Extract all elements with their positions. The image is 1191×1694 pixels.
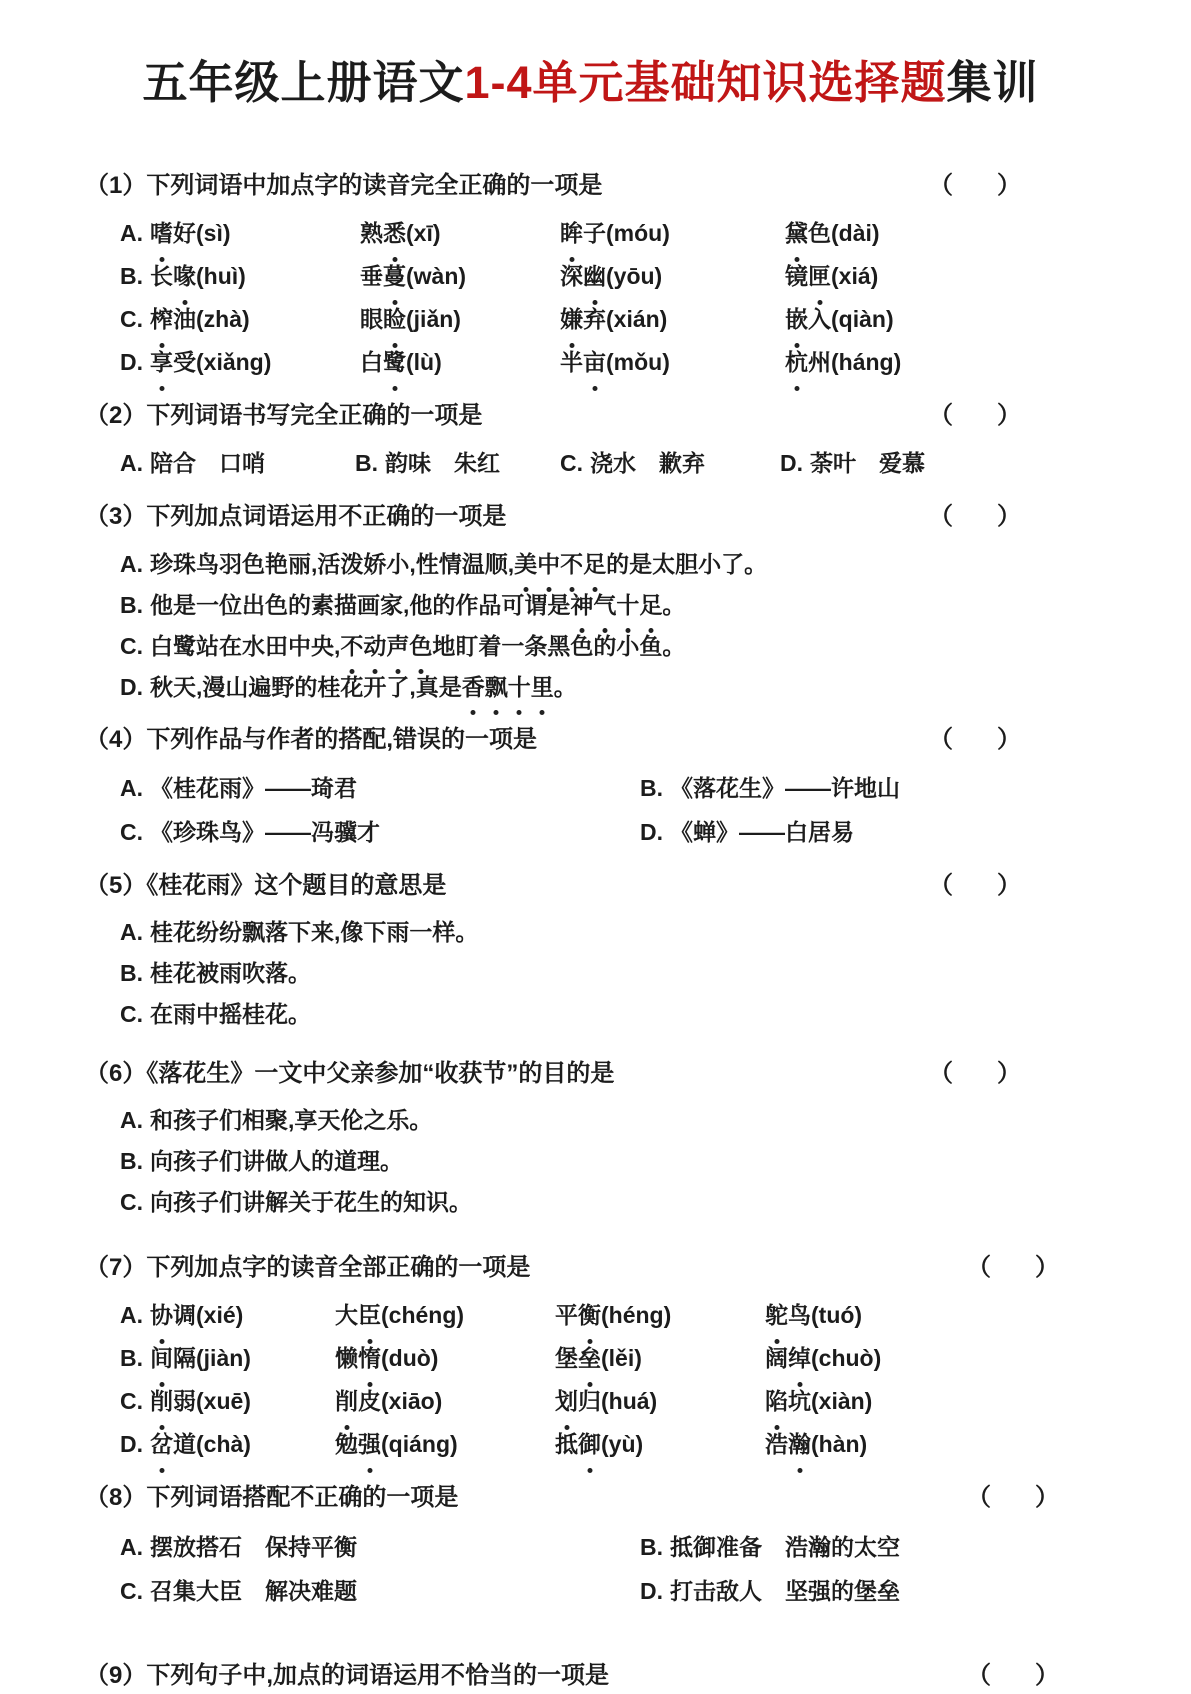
option-text: 摆放搭石 保持平衡 (150, 1534, 357, 1560)
option-label: A. (120, 551, 143, 577)
option-text: 《落花生》——许地山 (670, 775, 900, 801)
question-1-options: A.嗜好(sì) 熟悉(xī) 眸子(móu) 黛色(dài) B.长喙(huì… (120, 212, 1191, 384)
option-cell: 划归(huá) (555, 1380, 765, 1423)
question-5-options: A.桂花纷纷飘落下来,像下雨一样。 B.桂花被雨吹落。 C.在雨中摇桂花。 (120, 912, 1191, 1035)
worksheet-page: 五年级上册语文1-4单元基础知识选择题集训 （1）下列词语中加点字的读音完全正确… (0, 0, 1191, 1694)
question-number: （6） (85, 1060, 146, 1087)
question-number: （9） (85, 1662, 146, 1689)
answer-bracket: （ ） (929, 498, 1031, 535)
answer-bracket: （ ） (929, 397, 1031, 434)
option-label: B. (640, 1534, 663, 1560)
option-cell: 黛色(dài) (785, 212, 1191, 255)
option-row-a: A.协调(xié) 大臣(chéng) 平衡(héng) 鸵鸟(tuó) (120, 1294, 1191, 1337)
page-title: 五年级上册语文1-4单元基础知识选择题集训 (85, 56, 1096, 110)
option-text: 桂花纷纷飘落下来,像下雨一样。 (150, 919, 478, 945)
option-row-b: B.长喙(huì) 垂蔓(wàn) 深幽(yōu) 镜匣(xiá) (120, 255, 1191, 298)
question-text: 下列词语书写完全正确的一项是 (146, 402, 482, 429)
option-text: 向孩子们讲解关于花生的知识。 (150, 1189, 472, 1215)
question-8-stem: （8）下列词语搭配不正确的一项是（ ） (85, 1479, 1191, 1516)
option-cell: 协调(xié) (150, 1302, 243, 1328)
option-label: D. (640, 819, 663, 845)
option-row: A.《桂花雨》——琦君 B.《落花生》——许地山 C.《珍珠鸟》——冯骥才 D.… (120, 766, 1191, 854)
question-number: （7） (85, 1254, 146, 1281)
question-4-stem: （4）下列作品与作者的搭配,错误的一项是（ ） (85, 721, 1191, 758)
option-cell: 眸子(móu) (560, 212, 785, 255)
option-cell: 长喙(huì) (150, 263, 246, 289)
option-text: 向孩子们讲做人的道理。 (150, 1148, 403, 1174)
option-label: D. (120, 1431, 143, 1457)
option-row-a: A.嗜好(sì) 熟悉(xī) 眸子(móu) 黛色(dài) (120, 212, 1191, 255)
answer-bracket: （ ） (929, 867, 1031, 904)
option-cell: 陪合 口哨 (150, 450, 265, 476)
option-label: D. (640, 1578, 663, 1604)
question-6-stem: （6）《落花生》一文中父亲参加“收获节”的目的是（ ） (85, 1055, 1191, 1092)
answer-bracket: （ ） (967, 1249, 1069, 1286)
option-cell: 勉强(qiáng) (335, 1423, 555, 1466)
option-cell: 浩瀚(hàn) (765, 1423, 1191, 1466)
option-label: C. (120, 306, 143, 332)
question-2-options: A.陪合 口哨 B.韵味 朱红 C.浇水 歉弃 D.荼叶 爱慕 (120, 442, 1191, 485)
question-5: （5）《桂花雨》这个题目的意思是（ ） A.桂花纷纷飘落下来,像下雨一样。 B.… (85, 867, 1191, 1035)
answer-bracket: （ ） (929, 167, 1031, 204)
question-text: 下列加点词语运用不正确的一项是 (146, 503, 506, 530)
option-label: B. (355, 450, 378, 476)
question-9-stem: （9）下列句子中,加点的词语运用不恰当的一项是（ ） (85, 1657, 1191, 1694)
option-label: C. (120, 1388, 143, 1414)
question-7-stem: （7）下列加点字的读音全部正确的一项是（ ） (85, 1249, 1191, 1286)
question-text: 下列词语搭配不正确的一项是 (146, 1484, 458, 1511)
question-5-stem: （5）《桂花雨》这个题目的意思是（ ） (85, 867, 1191, 904)
question-text: 下列作品与作者的搭配,错误的一项是 (146, 726, 537, 753)
option-row-b: B.他是一位出色的素描画家,他的作品可谓是神气十足。 (120, 585, 1191, 626)
question-7: （7）下列加点字的读音全部正确的一项是（ ） A.协调(xié) 大臣(chén… (85, 1249, 1191, 1466)
question-number: （3） (85, 503, 146, 530)
option-text: 桂花被雨吹落。 (150, 960, 311, 986)
option-text: 抵御准备 浩瀚的太空 (670, 1534, 900, 1560)
option-label: A. (120, 1534, 143, 1560)
question-text: 下列句子中,加点的词语运用不恰当的一项是 (146, 1662, 609, 1689)
option-text: 珍珠鸟羽色艳丽,活泼娇小,性情温顺,美中不足的是太胆小了。 (150, 551, 767, 577)
option-cell: 熟悉(xī) (360, 212, 560, 255)
answer-bracket: （ ） (967, 1479, 1069, 1516)
question-4-options: A.《桂花雨》——琦君 B.《落花生》——许地山 C.《珍珠鸟》——冯骥才 D.… (120, 766, 1191, 854)
option-label: C. (120, 819, 143, 845)
option-text: 白鹭站在水田中央,不动声色地盯着一条黑色的小鱼。 (150, 633, 685, 659)
question-7-options: A.协调(xié) 大臣(chéng) 平衡(héng) 鸵鸟(tuó) B.间… (120, 1294, 1191, 1466)
question-3: （3）下列加点词语运用不正确的一项是（ ） A.珍珠鸟羽色艳丽,活泼娇小,性情温… (85, 498, 1191, 707)
option-text: 他是一位出色的素描画家,他的作品可谓是神气十足。 (150, 592, 685, 618)
option-text: 打击敌人 坚强的堡垒 (670, 1578, 900, 1604)
option-cell: 半亩(mǒu) (560, 341, 785, 384)
option-label: A. (120, 220, 143, 246)
option-label: A. (120, 1107, 143, 1133)
option-cell: 阔绰(chuò) (765, 1337, 1191, 1380)
option-cell: 岔道(chà) (150, 1431, 251, 1457)
question-text: 《落花生》一文中父亲参加“收获节”的目的是 (146, 1060, 614, 1087)
option-row-c: C.榨油(zhà) 眼睑(jiǎn) 嫌弃(xián) 嵌入(qiàn) (120, 298, 1191, 341)
option-label: B. (120, 1345, 143, 1371)
option-text: 《桂花雨》——琦君 (150, 775, 357, 801)
option-row-c: C.削弱(xuē) 削皮(xiāo) 划归(huá) 陷坑(xiàn) (120, 1380, 1191, 1423)
answer-bracket: （ ） (967, 1657, 1069, 1694)
option-label: C. (120, 1578, 143, 1604)
option-cell: 深幽(yōu) (560, 255, 785, 298)
option-cell: 削弱(xuē) (150, 1388, 251, 1414)
option-cell: 抵御(yù) (555, 1423, 765, 1466)
option-row: A.陪合 口哨 B.韵味 朱红 C.浇水 歉弃 D.荼叶 爱慕 (120, 442, 1191, 485)
option-label: B. (120, 1148, 143, 1174)
option-cell: 堡垒(lěi) (555, 1337, 765, 1380)
title-part-black-1: 五年级上册语文 (142, 57, 464, 108)
option-label: B. (640, 775, 663, 801)
question-8: （8）下列词语搭配不正确的一项是（ ） A.摆放搭石 保持平衡 B.抵御准备 浩… (85, 1479, 1191, 1612)
option-row: A.摆放搭石 保持平衡 B.抵御准备 浩瀚的太空 C.召集大臣 解决难题 D.打… (120, 1525, 1191, 1613)
option-cell: 大臣(chéng) (335, 1294, 555, 1337)
option-label: D. (120, 674, 143, 700)
option-row-c: C.在雨中摇桂花。 (120, 994, 1191, 1035)
question-text: 《桂花雨》这个题目的意思是 (146, 872, 446, 899)
option-label: A. (120, 919, 143, 945)
answer-bracket: （ ） (929, 721, 1031, 758)
option-text: 召集大臣 解决难题 (150, 1578, 357, 1604)
option-cell: 荼叶 爱慕 (810, 450, 925, 476)
question-8-options: A.摆放搭石 保持平衡 B.抵御准备 浩瀚的太空 C.召集大臣 解决难题 D.打… (120, 1525, 1191, 1613)
option-row-b: B.桂花被雨吹落。 (120, 953, 1191, 994)
question-1-stem: （1）下列词语中加点字的读音完全正确的一项是（ ） (85, 167, 1191, 204)
option-row-a: A.珍珠鸟羽色艳丽,活泼娇小,性情温顺,美中不足的是太胆小了。 (120, 544, 1191, 585)
option-row-a: A.桂花纷纷飘落下来,像下雨一样。 (120, 912, 1191, 953)
title-part-black-2: 集训 (947, 57, 1039, 108)
option-cell: 眼睑(jiǎn) (360, 298, 560, 341)
option-label: A. (120, 450, 143, 476)
option-label: C. (120, 1001, 143, 1027)
option-text: 在雨中摇桂花。 (150, 1001, 311, 1027)
option-label: D. (780, 450, 803, 476)
question-number: （2） (85, 402, 146, 429)
option-label: D. (120, 349, 143, 375)
option-label: A. (120, 775, 143, 801)
option-cell: 懒惰(duò) (335, 1337, 555, 1380)
option-row-c: C.白鹭站在水田中央,不动声色地盯着一条黑色的小鱼。 (120, 626, 1191, 667)
option-text: 秋天,漫山遍野的桂花开了,真是香飘十里。 (150, 674, 577, 700)
option-row-c: C.向孩子们讲解关于花生的知识。 (120, 1182, 1191, 1223)
question-3-stem: （3）下列加点词语运用不正确的一项是（ ） (85, 498, 1191, 535)
question-6: （6）《落花生》一文中父亲参加“收获节”的目的是（ ） A.和孩子们相聚,享天伦… (85, 1055, 1191, 1223)
option-cell: 陷坑(xiàn) (765, 1380, 1191, 1423)
option-label: C. (120, 1189, 143, 1215)
question-2-stem: （2）下列词语书写完全正确的一项是（ ） (85, 397, 1191, 434)
question-number: （1） (85, 172, 146, 199)
question-3-options: A.珍珠鸟羽色艳丽,活泼娇小,性情温顺,美中不足的是太胆小了。 B.他是一位出色… (120, 544, 1191, 708)
option-label: A. (120, 1302, 143, 1328)
option-row-b: B.间隔(jiàn) 懒惰(duò) 堡垒(lěi) 阔绰(chuò) (120, 1337, 1191, 1380)
question-1: （1）下列词语中加点字的读音完全正确的一项是（ ） A.嗜好(sì) 熟悉(xī… (85, 167, 1191, 384)
question-6-options: A.和孩子们相聚,享天伦之乐。 B.向孩子们讲做人的道理。 C.向孩子们讲解关于… (120, 1100, 1191, 1223)
question-number: （4） (85, 726, 146, 753)
option-label: B. (120, 263, 143, 289)
question-text: 下列词语中加点字的读音完全正确的一项是 (146, 172, 602, 199)
option-cell: 韵味 朱红 (385, 450, 500, 476)
question-number: （8） (85, 1484, 146, 1511)
option-label: B. (120, 592, 143, 618)
option-label: B. (120, 960, 143, 986)
option-cell: 嗜好(sì) (150, 220, 231, 246)
option-row-b: B.向孩子们讲做人的道理。 (120, 1141, 1191, 1182)
question-text: 下列加点字的读音全部正确的一项是 (146, 1254, 530, 1281)
option-row-d: D.享受(xiǎng) 白鹭(lù) 半亩(mǒu) 杭州(háng) (120, 341, 1191, 384)
option-row-a: A.和孩子们相聚,享天伦之乐。 (120, 1100, 1191, 1141)
option-cell: 镜匣(xiá) (785, 255, 1191, 298)
option-label: C. (120, 633, 143, 659)
question-2: （2）下列词语书写完全正确的一项是（ ） A.陪合 口哨 B.韵味 朱红 C.浇… (85, 397, 1191, 485)
option-text: 《蝉》——白居易 (670, 819, 854, 845)
option-cell: 享受(xiǎng) (150, 349, 271, 375)
question-list: （1）下列词语中加点字的读音完全正确的一项是（ ） A.嗜好(sì) 熟悉(xī… (85, 110, 1191, 1694)
option-cell: 间隔(jiàn) (150, 1345, 251, 1371)
option-cell: 浇水 歉弃 (590, 450, 705, 476)
option-text: 《珍珠鸟》——冯骥才 (150, 819, 380, 845)
option-row-d: D.秋天,漫山遍野的桂花开了,真是香飘十里。 (120, 667, 1191, 708)
option-label: C. (560, 450, 583, 476)
option-cell: 榨油(zhà) (150, 306, 250, 332)
option-row-d: D.岔道(chà) 勉强(qiáng) 抵御(yù) 浩瀚(hàn) (120, 1423, 1191, 1466)
option-cell: 嵌入(qiàn) (785, 298, 1191, 341)
answer-bracket: （ ） (929, 1055, 1031, 1092)
question-9: （9）下列句子中,加点的词语运用不恰当的一项是（ ） (85, 1657, 1191, 1694)
option-cell: 平衡(héng) (555, 1294, 765, 1337)
title-part-red: 1-4单元基础知识选择题 (464, 57, 946, 108)
option-cell: 垂蔓(wàn) (360, 255, 560, 298)
question-number: （5） (85, 872, 146, 899)
option-cell: 杭州(háng) (785, 341, 1191, 384)
option-text: 和孩子们相聚,享天伦之乐。 (150, 1107, 432, 1133)
question-4: （4）下列作品与作者的搭配,错误的一项是（ ） A.《桂花雨》——琦君 B.《落… (85, 721, 1191, 854)
option-cell: 白鹭(lù) (360, 341, 560, 384)
option-cell: 鸵鸟(tuó) (765, 1294, 1191, 1337)
